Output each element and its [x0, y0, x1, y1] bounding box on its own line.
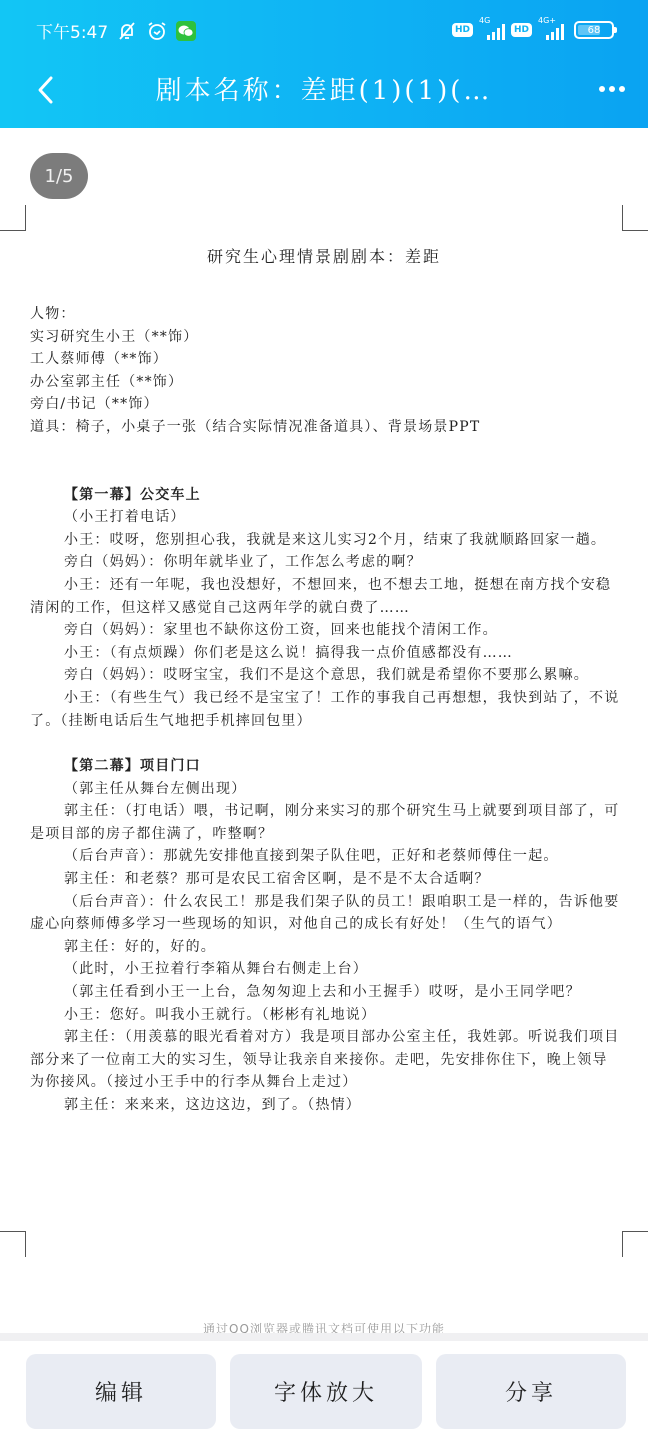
- edit-button[interactable]: 编辑: [26, 1354, 216, 1429]
- more-dot: [619, 86, 625, 92]
- crop-mark: [0, 205, 26, 231]
- script-title: 研究生心理情景剧剧本：差距: [0, 244, 648, 267]
- app-header: 下午5:47: [0, 0, 648, 128]
- signal-icon: 4G: [479, 20, 505, 40]
- script-line: （此时，小王拉着行李箱从舞台右侧走上台）: [30, 958, 620, 981]
- more-dot: [609, 86, 615, 92]
- script-line: 郭主任：来来来，这边这边，到了。（热情）: [30, 1094, 620, 1117]
- spacer: [30, 439, 620, 484]
- crop-mark: [622, 205, 648, 231]
- props-line: 道具：椅子，小桌子一张（结合实际情况准备道具）、背景场景PPT: [30, 416, 620, 439]
- status-bar: 下午5:47: [0, 0, 648, 60]
- act-heading: 【第二幕】项目门口: [30, 755, 620, 778]
- nav-bar: 剧本名称：差距(1)(1)(…: [0, 60, 648, 120]
- enlarge-font-button[interactable]: 字体放大: [230, 1354, 422, 1429]
- status-right: HD 4G HD 4G+ 68: [452, 20, 614, 40]
- more-button[interactable]: [594, 74, 630, 104]
- script-line: （后台声音）：那就先安排他直接到架子队住吧，正好和老蔡师傅住一起。: [30, 845, 620, 868]
- script-line: 郭主任：好的，好的。: [30, 936, 620, 959]
- divider: [0, 1333, 648, 1341]
- more-dot: [599, 86, 605, 92]
- script-line: （郭主任看到小王一上台，急匆匆迎上去和小王握手）哎呀，是小王同学吧？: [30, 981, 620, 1004]
- script-line: 小王：（有点烦躁）你们老是这么说！搞得我一点价值感都没有……: [30, 642, 620, 665]
- script-line: 旁白（妈妈）：家里也不缺你这份工资，回来也能找个清闲工作。: [30, 619, 620, 642]
- script-line: （小王打着电话）: [30, 506, 620, 529]
- alarm-icon: [146, 20, 168, 42]
- cast-line: 办公室郭主任（**饰）: [30, 371, 620, 394]
- battery-level: 68: [588, 25, 601, 36]
- script-line: 小王：您好。叫我小王就行。（彬彬有礼地说）: [30, 1004, 620, 1027]
- page-indicator: 1/5: [30, 153, 88, 199]
- crop-mark: [0, 1231, 26, 1257]
- crop-mark: [622, 1231, 648, 1257]
- script-line: 旁白（妈妈）：哎呀宝宝，我们不是这个意思，我们就是希望你不要那么累嘛。: [30, 664, 620, 687]
- cast-line: 人物：: [30, 303, 620, 326]
- bottom-toolbar: 编辑 字体放大 分享: [0, 1341, 648, 1440]
- script-line: （郭主任从舞台左侧出现）: [30, 778, 620, 801]
- cast-line: 实习研究生小王（**饰）: [30, 326, 620, 349]
- hd-badge: HD: [452, 23, 473, 37]
- script-line: 小王：哎呀，您别担心我，我就是来这儿实习2个月，结束了我就顺路回家一趟。: [30, 529, 620, 552]
- document-viewer[interactable]: 1/5 研究生心理情景剧剧本：差距 人物： 实习研究生小王（**饰） 工人蔡师傅…: [0, 128, 648, 1328]
- signal-icon: 4G+: [538, 20, 564, 40]
- status-left: 下午5:47: [36, 18, 196, 43]
- cast-line: 工人蔡师傅（**饰）: [30, 348, 620, 371]
- act-heading: 【第一幕】公交车上: [30, 484, 620, 507]
- script-line: 郭主任：和老蔡？那可是农民工宿舍区啊，是不是不太合适啊？: [30, 868, 620, 891]
- chevron-left-icon: [36, 75, 56, 105]
- bell-off-icon: [116, 20, 138, 42]
- hd-badge: HD: [511, 23, 532, 37]
- script-line: 小王：还有一年呢，我也没想好，不想回来，也不想去工地，挺想在南方找个安稳清闲的工…: [30, 574, 620, 619]
- script-line: 小王：（有些生气）我已经不是宝宝了！工作的事我自己再想想，我快到站了，不说了。（…: [30, 687, 620, 732]
- battery-icon: 68: [574, 21, 614, 39]
- status-time: 下午5:47: [36, 18, 108, 43]
- spacer: [30, 732, 620, 755]
- share-button[interactable]: 分享: [436, 1354, 626, 1429]
- script-line: 郭主任：（用羡慕的眼光看着对方）我是项目部办公室主任，我姓郭。听说我们项目部分来…: [30, 1026, 620, 1094]
- script-line: 郭主任：（打电话）喂，书记啊，刚分来实习的那个研究生马上就要到项目部了，可是项目…: [30, 800, 620, 845]
- back-button[interactable]: [28, 72, 64, 108]
- document-title: 剧本名称：差距(1)(1)(…: [90, 70, 558, 107]
- script-line: （后台声音）：什么农民工！那是我们架子队的员工！跟咱职工是一样的，告诉他要虚心向…: [30, 891, 620, 936]
- script-body: 人物： 实习研究生小王（**饰） 工人蔡师傅（**饰） 办公室郭主任（**饰） …: [30, 303, 620, 1117]
- cast-line: 旁白/书记（**饰）: [30, 393, 620, 416]
- wechat-icon: [176, 21, 196, 41]
- script-line: 旁白（妈妈）：你明年就毕业了，工作怎么考虑的啊？: [30, 551, 620, 574]
